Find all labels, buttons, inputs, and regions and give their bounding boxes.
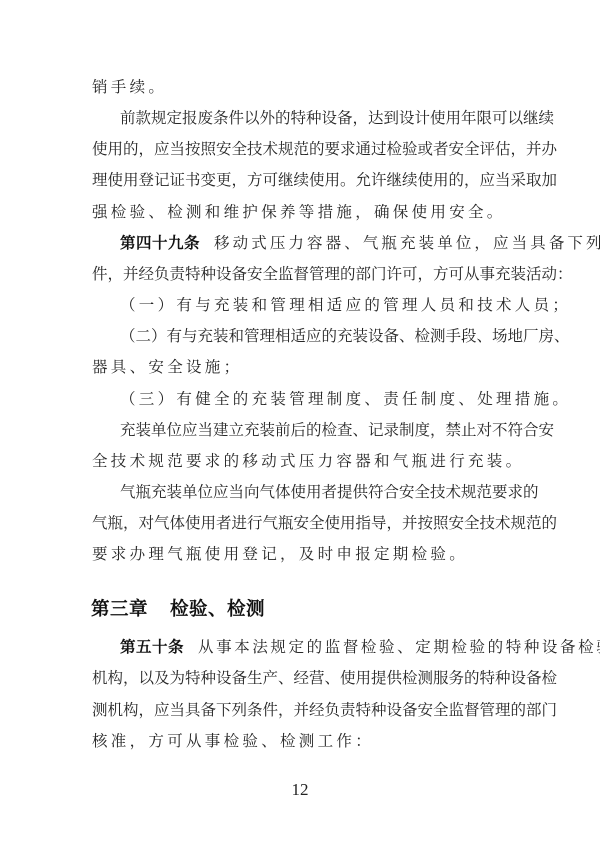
article-50-first-line: 第五十条从事本法规定的监督检验、定期检验的特种设备检验 <box>120 636 512 658</box>
article-49-label: 第四十九条 <box>120 234 200 252</box>
text-line: 前款规定报废条件以外的特种设备，达到设计使用年限可以继续 <box>120 107 511 129</box>
text-line: 测机构，应当具备下列条件，并经负责特种设备安全监督管理的部门 <box>92 699 512 721</box>
text-line: 使用的，应当按照安全技术规范的要求通过检验或者安全评估，并办 <box>92 138 512 160</box>
text-line: 气瓶，对气体使用者进行气瓶安全使用指导，并按照安全技术规范的 <box>92 512 512 534</box>
text-line: 核准，方可从事检验、检测工作： <box>92 730 512 752</box>
text-line: 全技术规范要求的移动式压力容器和气瓶进行充装。 <box>92 450 512 472</box>
text-line: 件，并经负责特种设备安全监督管理的部门许可，方可从事充装活动： <box>92 263 512 285</box>
chapter-heading: 第三章检验、检测 <box>91 597 265 623</box>
list-item-3: （三）有健全的充装管理制度、责任制度、处理措施。 <box>120 388 512 410</box>
text-line: 机构，以及为特种设备生产、经营、使用提供检测服务的特种设备检 <box>92 667 512 689</box>
text-line: 强检验、检测和维护保养等措施，确保使用安全。 <box>92 201 512 223</box>
chapter-number: 第三章 <box>91 599 148 620</box>
article-49-first-line: 第四十九条移动式压力容器、气瓶充装单位，应当具备下列条 <box>120 232 512 254</box>
list-item-2-continued: 器具、安全设施； <box>92 356 512 378</box>
article-50-label: 第五十条 <box>120 638 184 656</box>
text-line: 销手续。 <box>92 76 512 98</box>
page-number: 12 <box>0 780 600 800</box>
chapter-title: 检验、检测 <box>170 599 265 620</box>
text-line: 要求办理气瓶使用登记，及时申报定期检验。 <box>92 543 512 565</box>
text-line: 气瓶充装单位应当向气体使用者提供符合安全技术规范要求的 <box>120 481 511 503</box>
article-49-text: 移动式压力容器、气瓶充装单位，应当具备下列条 <box>214 234 600 252</box>
list-item-2: （二）有与充装和管理相适应的充装设备、检测手段、场地厂房、 <box>120 325 511 347</box>
document-page: 销手续。 前款规定报废条件以外的特种设备，达到设计使用年限可以继续 使用的，应当… <box>0 0 600 849</box>
article-50-text: 从事本法规定的监督检验、定期检验的特种设备检验 <box>198 638 600 656</box>
list-item-1: （一）有与充装和管理相适应的管理人员和技术人员； <box>120 294 512 316</box>
text-line: 理使用登记证书变更，方可继续使用。允许继续使用的，应当采取加 <box>92 169 512 191</box>
text-line: 充装单位应当建立充装前后的检查、记录制度，禁止对不符合安 <box>120 419 511 441</box>
